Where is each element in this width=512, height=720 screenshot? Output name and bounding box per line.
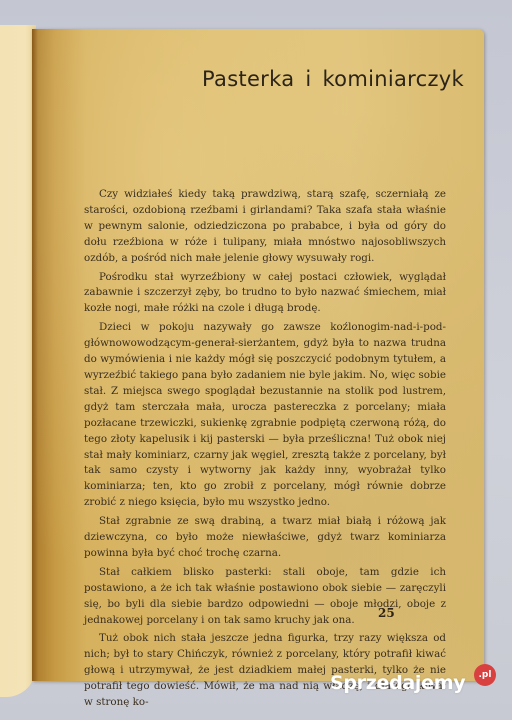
paragraph: Pośrodku stał wyrzeźbiony w całej postac… (84, 270, 446, 318)
watermark-badge: .pl (474, 664, 496, 686)
page-title: Pasterka i kominiarczyk (202, 67, 464, 91)
body-text: Czy widziałeś kiedy taką prawdziwą, star… (84, 187, 446, 714)
left-page-edge (0, 25, 36, 697)
paragraph: Dzieci w pokoju nazywały go zawsze koźlo… (84, 320, 446, 511)
page-number: 25 (378, 606, 395, 620)
paragraph: Stał zgrabnie ze swą drabiną, a twarz mi… (84, 514, 446, 562)
paragraph: Czy widziałeś kiedy taką prawdziwą, star… (84, 187, 446, 267)
book-page: Pasterka i kominiarczyk Czy widziałeś ki… (32, 29, 484, 681)
watermark-logo: Sprzedajemy (330, 672, 465, 694)
